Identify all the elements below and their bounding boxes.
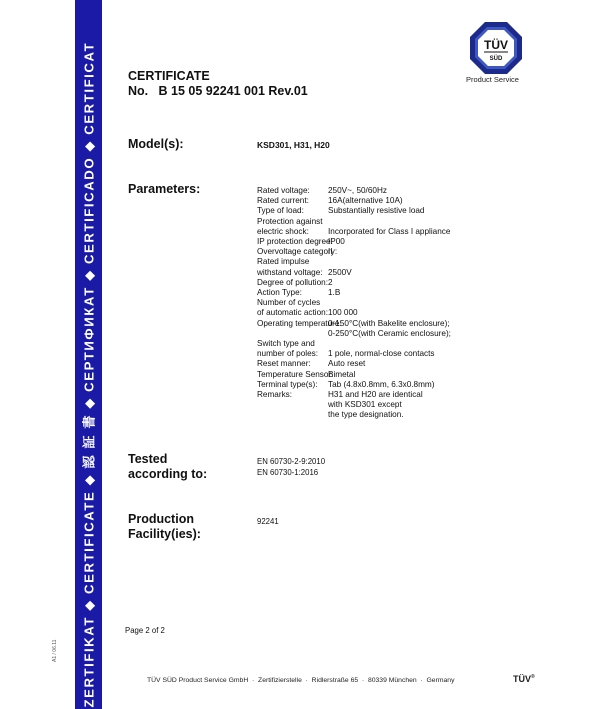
parameter-value: Substantially resistive load — [328, 206, 424, 216]
parameter-key: Terminal type(s): — [257, 380, 328, 390]
svg-text:SÜD: SÜD — [490, 55, 503, 62]
parameter-row: of automatic action:100 000 — [257, 308, 451, 318]
parameter-row: number of poles:1 pole, normal-close con… — [257, 349, 451, 359]
parameter-row: Rated voltage:250V~, 50/60Hz — [257, 186, 451, 196]
parameter-key: Temperature Sensor: — [257, 370, 328, 380]
stripe-multilingual-text: ZERTIFIKAT ◆ CERTIFICATE ◆ 認 証 書 ◆ СЕРТИ… — [75, 0, 102, 709]
parameter-value: 2500V — [328, 268, 352, 278]
tuv-sud-logo-icon: TÜV SÜD — [468, 20, 524, 76]
parameter-row: 0-250°C(with Ceramic enclosure); — [257, 329, 451, 339]
parameter-row: Degree of pollution:2 — [257, 278, 451, 288]
parameter-key: Remarks: — [257, 390, 328, 400]
parameter-key: IP protection degree: — [257, 237, 328, 247]
parameter-value: 0-150°C(with Bakelite enclosure); — [328, 319, 450, 329]
production-facility-label: Production Facility(ies): — [128, 512, 201, 542]
parameter-row: Rated current:16A(alternative 10A) — [257, 196, 451, 206]
footer-tuv-mark: TÜV® — [513, 674, 535, 684]
parameter-value: Incorporated for Class I appliance — [328, 227, 450, 237]
parameter-key: Action Type: — [257, 288, 328, 298]
certificate-title: CERTIFICATE — [128, 69, 210, 83]
parameter-row: withstand voltage:2500V — [257, 268, 451, 278]
models-value: KSD301, H31, H20 — [257, 140, 330, 150]
svg-text:TÜV: TÜV — [484, 37, 508, 52]
models-label: Model(s): — [128, 137, 184, 152]
parameter-key — [257, 400, 328, 410]
parameter-row: Type of load:Substantially resistive loa… — [257, 206, 451, 216]
parameter-key: number of poles: — [257, 349, 328, 359]
parameter-key — [257, 410, 328, 420]
parameter-value: 16A(alternative 10A) — [328, 196, 403, 206]
parameter-key: electric shock: — [257, 227, 328, 237]
parameters-table: Rated voltage:250V~, 50/60HzRated curren… — [257, 186, 451, 421]
tested-standard: EN 60730-2-9:2010 — [257, 457, 325, 467]
production-facility-value: 92241 — [257, 517, 279, 527]
logo-caption: Product Service — [466, 75, 519, 84]
parameter-key: Rated impulse — [257, 257, 328, 267]
parameter-row: Rated impulse — [257, 257, 451, 267]
parameter-key: Rated current: — [257, 196, 328, 206]
parameter-row: with KSD301 except — [257, 400, 451, 410]
parameter-value: Bimetal — [328, 370, 355, 380]
parameter-key: Degree of pollution: — [257, 278, 328, 288]
parameter-value: with KSD301 except — [328, 400, 402, 410]
parameter-value: 0-250°C(with Ceramic enclosure); — [328, 329, 451, 339]
parameter-key: Number of cycles — [257, 298, 328, 308]
parameter-value: II — [328, 247, 333, 257]
parameter-row: electric shock:Incorporated for Class I … — [257, 227, 451, 237]
parameter-row: Terminal type(s):Tab (4.8x0.8mm, 6.3x0.8… — [257, 380, 451, 390]
parameter-row: Temperature Sensor:Bimetal — [257, 370, 451, 380]
parameter-value: 2 — [328, 278, 333, 288]
certificate-side-stripe: ZERTIFIKAT ◆ CERTIFICATE ◆ 認 証 書 ◆ СЕРТИ… — [75, 0, 102, 709]
parameter-row: Switch type and — [257, 339, 451, 349]
parameter-value: 250V~, 50/60Hz — [328, 186, 387, 196]
parameter-value: Tab (4.8x0.8mm, 6.3x0.8mm) — [328, 380, 434, 390]
parameter-value: 1 pole, normal-close contacts — [328, 349, 435, 359]
parameter-row: Operating temperature:0-150°C(with Bakel… — [257, 319, 451, 329]
parameter-row: Reset manner:Auto reset — [257, 359, 451, 369]
parameter-row: Protection against — [257, 217, 451, 227]
certificate-number: No. B 15 05 92241 001 Rev.01 — [128, 84, 308, 98]
parameter-row: Number of cycles — [257, 298, 451, 308]
parameter-key: Type of load: — [257, 206, 328, 216]
parameters-label: Parameters: — [128, 182, 200, 197]
parameter-row: IP protection degree:IP00 — [257, 237, 451, 247]
parameter-value: Auto reset — [328, 359, 365, 369]
parameter-row: Action Type:1.B — [257, 288, 451, 298]
footer-address: TÜV SÜD Product Service GmbH · Zertifizi… — [147, 677, 454, 684]
parameter-key: Switch type and — [257, 339, 328, 349]
parameter-key: of automatic action: — [257, 308, 328, 318]
parameter-key: withstand voltage: — [257, 268, 328, 278]
parameter-row: the type designation. — [257, 410, 451, 420]
parameter-row: Overvoltage category:II — [257, 247, 451, 257]
tested-standard: EN 60730-1:2016 — [257, 468, 318, 478]
parameter-key: Overvoltage category: — [257, 247, 328, 257]
parameter-value: the type designation. — [328, 410, 404, 420]
page-number: Page 2 of 2 — [125, 626, 165, 635]
parameter-value: H31 and H20 are identical — [328, 390, 423, 400]
parameter-value: 100 000 — [328, 308, 358, 318]
parameter-row: Remarks:H31 and H20 are identical — [257, 390, 451, 400]
parameter-key: Rated voltage: — [257, 186, 328, 196]
parameter-value: 1.B — [328, 288, 340, 298]
parameter-key: Protection against — [257, 217, 328, 227]
tested-label: Tested according to: — [128, 452, 207, 482]
parameter-key: Operating temperature: — [257, 319, 328, 329]
parameter-value: IP00 — [328, 237, 345, 247]
form-code: A1 / 06.11 — [52, 640, 58, 662]
parameter-key — [257, 329, 328, 339]
parameter-key: Reset manner: — [257, 359, 328, 369]
